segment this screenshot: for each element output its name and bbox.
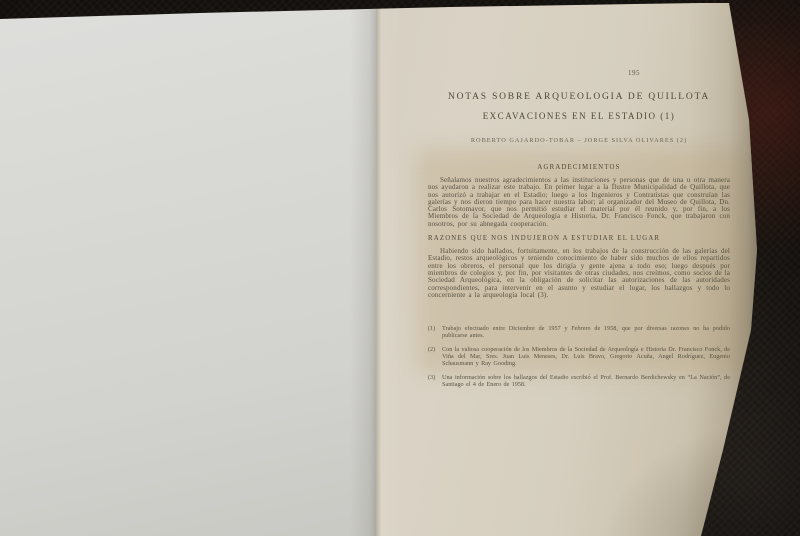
footnote-2-marker: (2) <box>428 346 435 353</box>
left-page <box>0 0 376 536</box>
article-content: 195 NOTAS SOBRE ARQUEOLOGIA DE QUILLOTA … <box>428 62 730 388</box>
book-gutter <box>350 0 402 536</box>
footnote-1: (1) Trabajo efectuado entre Diciembre de… <box>428 325 730 339</box>
article-title-line2: EXCAVACIONES EN EL ESTADIO (1) <box>428 111 730 121</box>
paragraph-razones: Habiendo sido hallados, fortuitamente, e… <box>428 248 730 299</box>
footnote-2: (2) Con la valiosa cooperación de los Mi… <box>428 346 730 367</box>
article-title-line1: NOTAS SOBRE ARQUEOLOGIA DE QUILLOTA <box>428 92 730 102</box>
section-heading-razones: RAZONES QUE NOS INDUJERON A ESTUDIAR EL … <box>428 235 730 242</box>
photo-background: 195 NOTAS SOBRE ARQUEOLOGIA DE QUILLOTA … <box>0 0 800 536</box>
page-number: 195 <box>628 69 640 77</box>
footnote-3-marker: (3) <box>428 374 435 381</box>
footnote-3: (3) Una información sobre los hallazgos … <box>428 374 730 388</box>
open-book: 195 NOTAS SOBRE ARQUEOLOGIA DE QUILLOTA … <box>0 0 800 536</box>
footnote-3-text: Una información sobre los hallazgos del … <box>442 374 730 388</box>
section-heading-agradecimientos: AGRADECIMIENTOS <box>428 164 730 171</box>
footnote-2-text: Con la valiosa cooperación de los Miembr… <box>442 346 730 367</box>
footnote-1-text: Trabajo efectuado entre Diciembre de 195… <box>442 325 730 339</box>
article-byline: ROBERTO GAJARDO-TOBAR – JORGE SILVA OLIV… <box>428 137 730 144</box>
footnotes: (1) Trabajo efectuado entre Diciembre de… <box>428 325 730 388</box>
footnote-1-marker: (1) <box>428 325 435 332</box>
paragraph-agradecimientos: Señalamos nuestros agradecimientos a las… <box>428 177 730 228</box>
bottom-corner-shadow <box>600 420 800 536</box>
